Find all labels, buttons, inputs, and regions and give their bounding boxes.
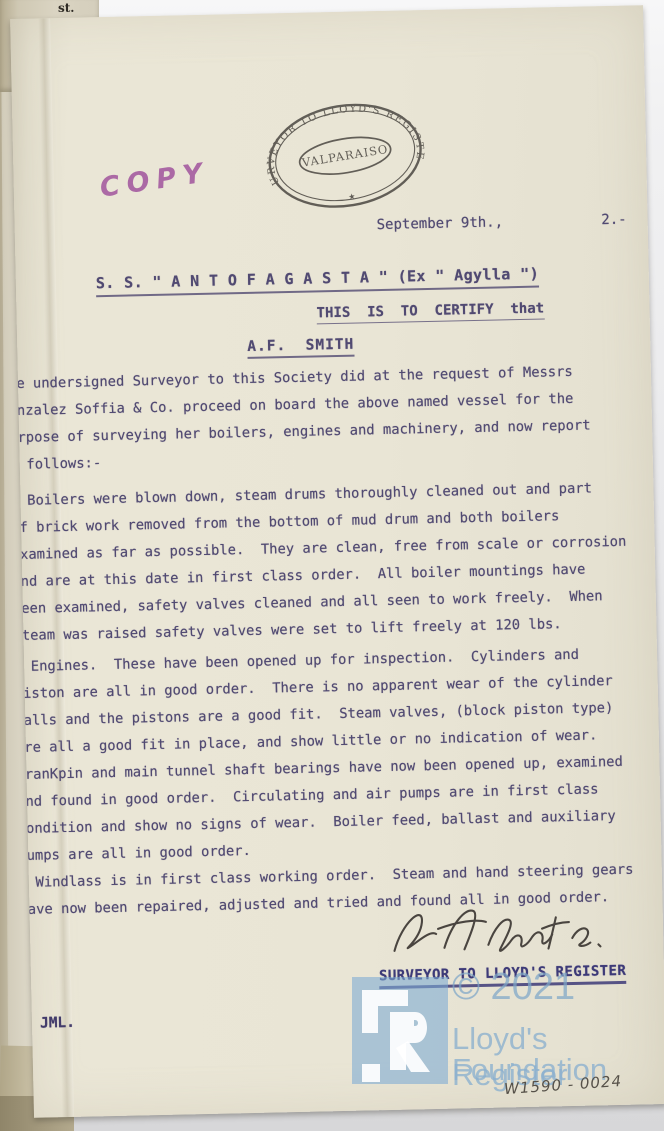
typed-paragraph: Engines. These have been opened up for i… bbox=[14, 638, 664, 870]
certify-line: THIS IS TO CERTIFY that bbox=[316, 300, 544, 324]
copy-stamp: COPY bbox=[98, 157, 211, 203]
signature bbox=[381, 892, 611, 969]
oval-stamp-place: VALPARAISO bbox=[300, 142, 389, 170]
typed-paragraph: he undersigned Surveyor to this Society … bbox=[10, 355, 664, 479]
lloyds-register-logo bbox=[352, 977, 448, 1084]
surveyor-oval-stamp: SURVEYOR TO LLOYD'S REGISTER VALPARAISO … bbox=[251, 83, 440, 229]
fragment-text: st. bbox=[58, 1, 74, 15]
typist-initials: JML. bbox=[40, 1015, 75, 1032]
typed-paragraph: Boilers were blown down, steam drums tho… bbox=[10, 472, 664, 650]
oval-stamp-star: ★ bbox=[347, 189, 356, 203]
surveyor-name: A.F. SMITH bbox=[247, 337, 354, 359]
date-row: September 9th., 2.- bbox=[376, 212, 626, 233]
document-page: COPY SURVEYOR TO LLOYD'S REGISTER VALPAR… bbox=[10, 5, 664, 1118]
vessel-title: S. S. " A N T O F A G A S T A " (Ex " Ag… bbox=[96, 265, 540, 298]
lr-monogram-icon bbox=[352, 977, 448, 1084]
report-body: he undersigned Surveyor to this Society … bbox=[10, 355, 664, 924]
scanned-document-photo: st. st COPY SURVEYOR TO LLOYD'S REGISTER… bbox=[0, 0, 664, 1131]
watermark-copyright: © 2021 bbox=[452, 966, 575, 1009]
page-number: 2.- bbox=[601, 212, 627, 229]
date-text: September 9th., bbox=[376, 214, 503, 233]
